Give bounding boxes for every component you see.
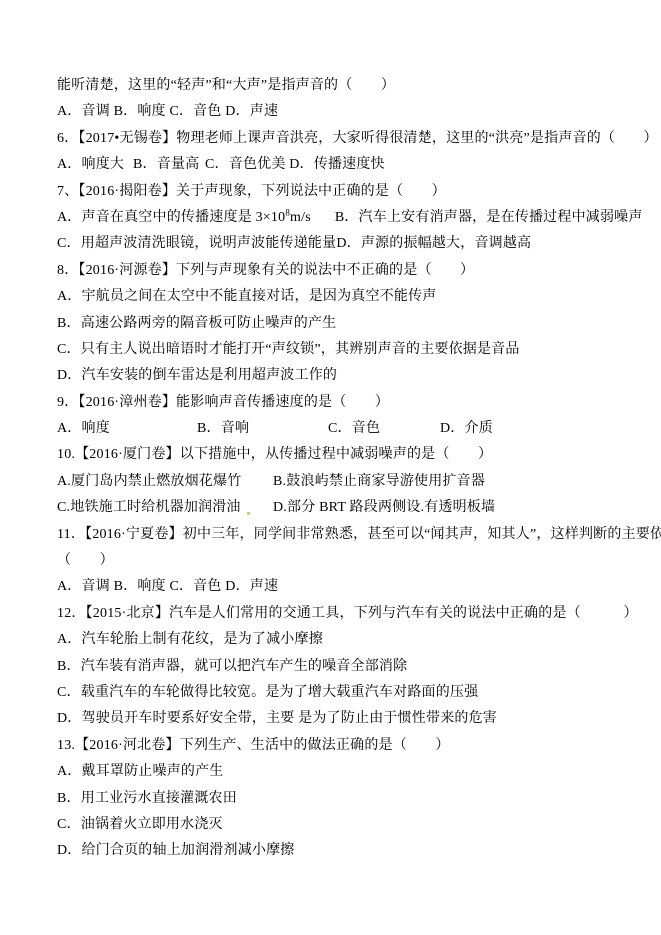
text-segment: A．响度大	[57, 152, 133, 178]
q8-option-b: B．高速公路两旁的隔音板可防止噪声的产生	[57, 311, 632, 337]
q10-stem: 10.【2016·厦门卷】以下措施中，从传播过程中减弱噪声的是（ ）	[57, 442, 632, 468]
q13-option-d: D．给门合页的轴上加润滑剂减小摩擦	[57, 838, 632, 864]
q9-options: A．响度B．音响C．音色D．介质	[57, 416, 632, 442]
text-segment: B.鼓浪屿禁止商家导游使用扩音器	[273, 474, 485, 489]
text-segment: 6．【2017•无锡卷】物理老师上课声音洪亮，大家听得很清楚，这里的“洪亮”是指…	[57, 131, 658, 146]
text-segment: C．用超声波清洗眼镜，说明声波能传递能量	[57, 231, 336, 257]
q8-option-d: D．汽车安装的倒车雷达是利用超声波工作的	[57, 363, 632, 389]
text-segment: D．给门合页的轴上加润滑剂减小摩擦	[57, 843, 295, 858]
q13-option-b: B．用工业污水直接灌溉农田	[57, 786, 632, 812]
text-segment: B．汽车装有消声器，就可以把汽车产生的噪音全部消除	[57, 659, 407, 674]
text-segment: C．油锅着火立即用水浇灭	[57, 817, 223, 832]
q11-options: A．音调 B．响度 C．音色 D．声速	[57, 574, 632, 600]
text-segment: B．音量高	[133, 152, 205, 178]
text-segment: A．戴耳罩防止噪声的产生	[57, 764, 224, 779]
text-segment: D.部分 BRT 路段两侧设.有透明板墙	[273, 500, 495, 515]
q5-stem-continued: 能听清楚，这里的“轻声”和“大声”是指声音的（ ）	[57, 73, 632, 99]
text-segment: A．汽车轮胎上制有花纹，是为了减小摩擦	[57, 632, 323, 647]
text-segment: 9．【2016·漳州卷】能影响声音传播速度的是（ ）	[57, 395, 389, 410]
q6-stem: 6．【2017•无锡卷】物理老师上课声音洪亮，大家听得很清楚，这里的“洪亮”是指…	[57, 126, 632, 152]
text-segment: 7、【2016·揭阳卷】关于声现象，下列说法中正确的是（ ）	[57, 184, 446, 199]
q12-stem: 12．【2015·北京】汽车是人们常用的交通工具，下列与汽车有关的说法中正确的是…	[57, 601, 632, 627]
q9-stem: 9．【2016·漳州卷】能影响声音传播速度的是（ ）	[57, 390, 632, 416]
text-segment: C.地铁施工时给机器加润滑油	[57, 495, 273, 521]
q11-stem: 11．【2016·宁夏卷】初中三年，同学间非常熟悉，甚至可以“闻其声，知其人”，…	[57, 522, 632, 548]
q5-options: A．音调 B．响度 C．音色 D．声速	[57, 99, 632, 125]
text-segment: m/s	[290, 210, 311, 225]
text-segment: D．介质	[440, 421, 493, 436]
text-segment: B．用工业污水直接灌溉农田	[57, 791, 237, 806]
q13-option-c: C．油锅着火立即用水浇灭	[57, 812, 632, 838]
q12-option-b: B．汽车装有消声器，就可以把汽车产生的噪音全部消除	[57, 654, 632, 680]
q10-options-cd: C.地铁施工时给机器加润滑油D.部分 BRT 路段两侧设.有透明板墙	[57, 495, 632, 521]
text-segment: C．载重汽车的车轮做得比较宽。是为了增大载重汽车对路面的压强	[57, 685, 478, 700]
q7-options-cd: C．用超声波清洗眼镜，说明声波能传递能量D．声源的振幅越大，音调越高	[57, 231, 632, 257]
text-segment: D．声源的振幅越大，音调越高	[336, 236, 531, 251]
document-body: 能听清楚，这里的“轻声”和“大声”是指声音的（ ）A．音调 B．响度 C．音色 …	[57, 73, 632, 865]
text-segment: A.厦门岛内禁止燃放烟花爆竹	[57, 469, 273, 495]
document-page: { "page": { "background": "#ffffff", "te…	[0, 0, 661, 935]
text-segment: A．音调 B．响度 C．音色 D．声速	[57, 104, 278, 119]
q8-stem: 8．【2016·河源卷】下列与声现象有关的说法中不正确的是（ ）	[57, 258, 632, 284]
text-segment: A．音调 B．响度 C．音色 D．声速	[57, 579, 278, 594]
stray-mark	[247, 512, 250, 515]
text-segment: A．响度	[57, 416, 197, 442]
q13-stem: 13.【2016·河北卷】下列生产、生活中的做法正确的是（ ）	[57, 733, 632, 759]
q7-stem: 7、【2016·揭阳卷】关于声现象，下列说法中正确的是（ ）	[57, 179, 632, 205]
q7-options-ab: A．声音在真空中的传播速度是 3×108m/sB．汽车上安有消声器，是在传播过程…	[57, 205, 632, 231]
text-segment: A．宇航员之间在太空中不能直接对话，是因为真空不能传声	[57, 289, 437, 304]
text-segment: B．汽车上安有消声器，是在传播过程中减弱噪声	[335, 210, 643, 225]
text-segment: C．音色优美 D．传播速度快	[205, 157, 385, 172]
text-segment: B．音响	[197, 416, 328, 442]
text-segment: C．音色	[328, 416, 440, 442]
text-segment: C．只有主人说出暗语时才能打开“声纹锁”，其辨别声音的主要依据是音品	[57, 342, 520, 357]
text-segment: A．声音在真空中的传播速度是 3×10	[57, 210, 285, 225]
q12-option-c: C．载重汽车的车轮做得比较宽。是为了增大载重汽车对路面的压强	[57, 680, 632, 706]
text-segment: （ ）	[57, 553, 114, 568]
text-segment: 12．【2015·北京】汽车是人们常用的交通工具，下列与汽车有关的说法中正确的是…	[57, 606, 638, 621]
q12-option-d: D．驾驶员开车时要系好安全带，主要 是为了防止由于惯性带来的危害	[57, 706, 632, 732]
q8-option-c: C．只有主人说出暗语时才能打开“声纹锁”，其辨别声音的主要依据是音品	[57, 337, 632, 363]
q12-option-a: A．汽车轮胎上制有花纹，是为了减小摩擦	[57, 627, 632, 653]
text-segment: B．高速公路两旁的隔音板可防止噪声的产生	[57, 316, 336, 331]
q13-option-a: A．戴耳罩防止噪声的产生	[57, 759, 632, 785]
q10-options-ab: A.厦门岛内禁止燃放烟花爆竹B.鼓浪屿禁止商家导游使用扩音器	[57, 469, 632, 495]
q6-options: A．响度大B．音量高C．音色优美 D．传播速度快	[57, 152, 632, 178]
q8-option-a: A．宇航员之间在太空中不能直接对话，是因为真空不能传声	[57, 284, 632, 310]
text-segment: 11．【2016·宁夏卷】初中三年，同学间非常熟悉，甚至可以“闻其声，知其人”，…	[57, 527, 661, 542]
q11-stem-wrap: （ ）	[57, 548, 632, 574]
text-segment: 能听清楚，这里的“轻声”和“大声”是指声音的（ ）	[57, 78, 395, 93]
text-segment: 8．【2016·河源卷】下列与声现象有关的说法中不正确的是（ ）	[57, 263, 474, 278]
text-segment: 10.【2016·厦门卷】以下措施中，从传播过程中减弱噪声的是（ ）	[57, 447, 492, 462]
text-segment: D．汽车安装的倒车雷达是利用超声波工作的	[57, 368, 337, 383]
text-segment: 13.【2016·河北卷】下列生产、生活中的做法正确的是（ ）	[57, 738, 450, 753]
text-segment: D．驾驶员开车时要系好安全带，主要 是为了防止由于惯性带来的危害	[57, 711, 497, 726]
